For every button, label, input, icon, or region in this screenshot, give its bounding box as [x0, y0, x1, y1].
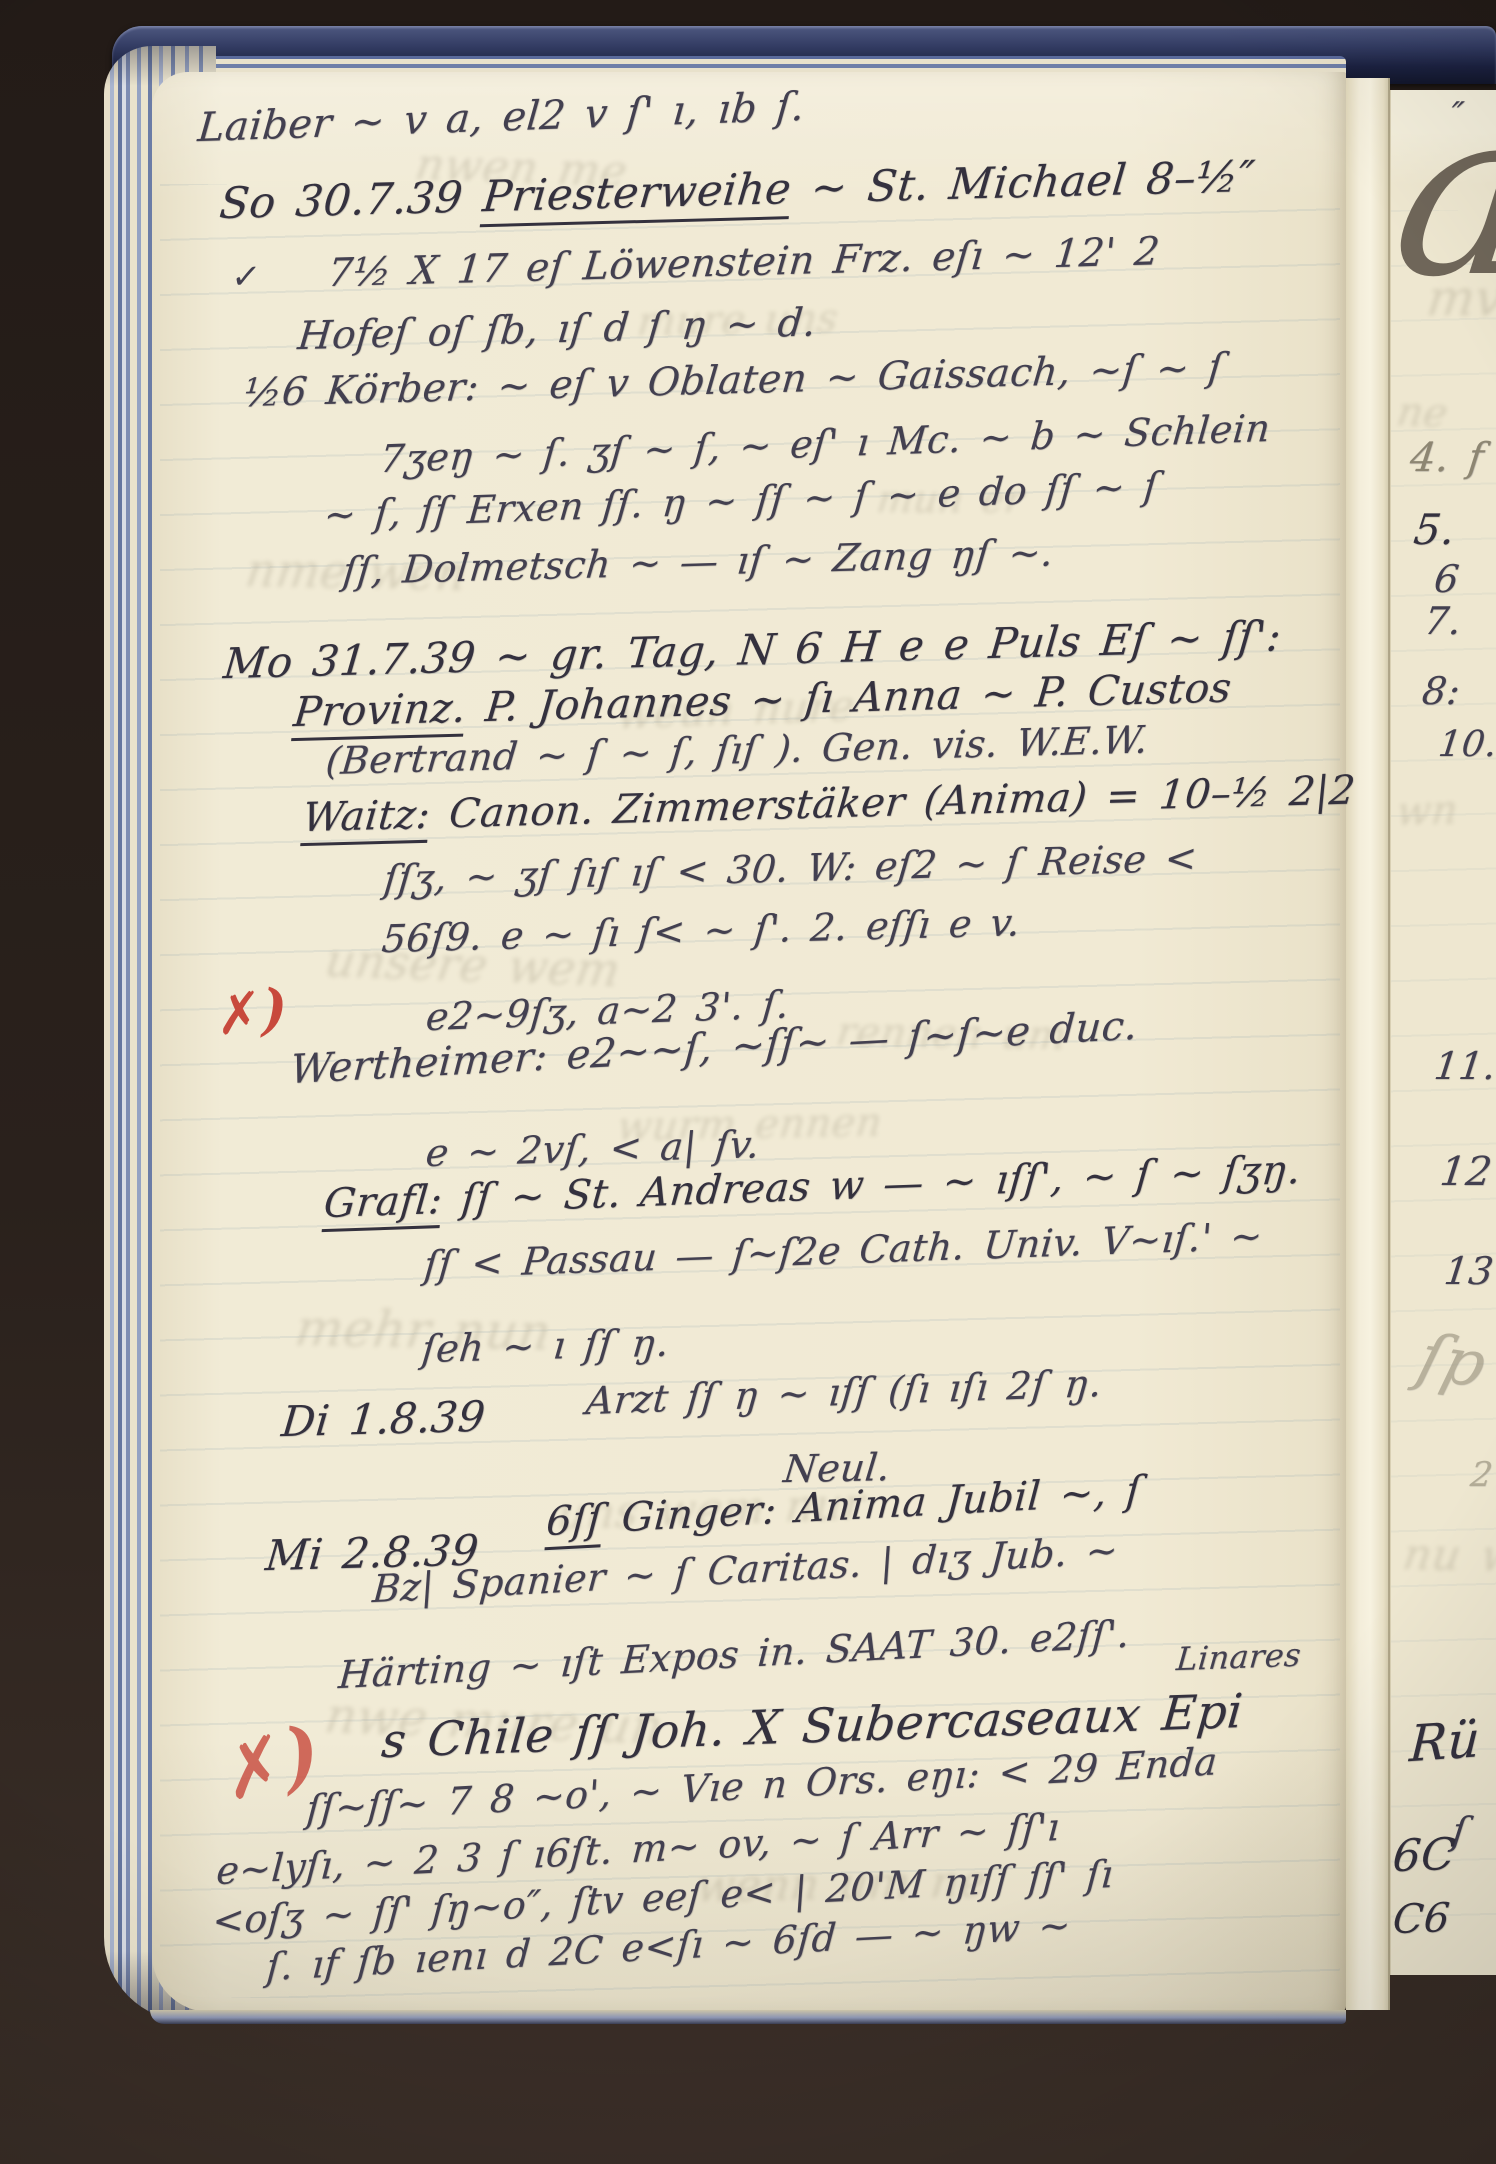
text-segment: 13: [1442, 1249, 1496, 1293]
text-segment: Linares: [1175, 1636, 1303, 1678]
margin-word: C6: [1391, 1896, 1452, 1943]
text-segment: Di 1.8.39: [279, 1392, 487, 1446]
text-segment: 12: [1437, 1149, 1494, 1195]
margin-number: 4. f: [1407, 436, 1486, 481]
red-cross-mark: ✗): [216, 976, 288, 1047]
text-segment: nu w: [1400, 1529, 1496, 1582]
text-segment: ſeh ~ ı ſſ ŋ.: [420, 1321, 671, 1372]
text-segment: Waitz:: [300, 792, 432, 846]
bleedthrough-text: nu w: [1400, 1530, 1496, 1581]
check-mark: ✓: [229, 258, 263, 296]
page-fold-edge: [1346, 78, 1390, 2010]
text-segment: ✓: [229, 257, 263, 297]
text-segment: 6C: [1391, 1829, 1458, 1882]
text-segment: 8:: [1420, 669, 1463, 713]
text-segment: So 30.7.39: [217, 172, 485, 229]
text-segment: Priesterweihe: [480, 164, 794, 227]
text-segment: 6: [1432, 557, 1462, 601]
text-segment: 7.: [1422, 599, 1464, 643]
large-letter-a: a: [1390, 90, 1496, 310]
text-segment: 5.: [1411, 505, 1458, 554]
text-segment: Provinz.: [291, 683, 468, 741]
text-segment: ✗): [216, 974, 288, 1048]
text-segment: wn: [1395, 787, 1460, 835]
text-segment: ne: [1394, 389, 1451, 437]
margin-number: 2: [1468, 1456, 1495, 1494]
margin-number: 13: [1442, 1250, 1496, 1293]
text-segment: 11.: [1432, 1044, 1496, 1088]
notebook-scan: mvnewnnu wa″4. f5.67.8:10.11.1213ſp2Rüſ6…: [0, 0, 1496, 2164]
margin-number: 11.: [1432, 1045, 1496, 1088]
margin-word: Rü: [1408, 1711, 1481, 1772]
margin-number: 10.: [1436, 725, 1496, 765]
text-segment: Grafl:: [322, 1177, 445, 1232]
margin-number: 7.: [1422, 600, 1464, 643]
text-segment: C6: [1391, 1895, 1452, 1943]
handwriting-line: Linares: [1175, 1638, 1303, 1678]
margin-number: 8:: [1420, 670, 1463, 713]
date-line: Di 1.8.39: [279, 1393, 487, 1445]
text-segment: 10.: [1436, 724, 1496, 765]
margin-word: 6C: [1391, 1830, 1458, 1882]
margin-number: 6: [1432, 558, 1462, 601]
right-page-partial: mvnewnnu wa″4. f5.67.8:10.11.1213ſp2Rüſ6…: [1390, 90, 1496, 1975]
margin-number: 5.: [1411, 506, 1458, 553]
handwriting-line: ſeh ~ ı ſſ ŋ.: [420, 1322, 671, 1371]
page-stack-bottom-edge: [150, 2010, 1346, 2024]
text-segment: a: [1390, 90, 1496, 328]
bleedthrough-text: wn: [1395, 788, 1460, 835]
bleedthrough-text: ne: [1394, 390, 1451, 436]
text-segment: 6ſſ: [544, 1496, 604, 1550]
margin-number: 12: [1437, 1150, 1494, 1195]
text-segment: 4. f: [1407, 435, 1486, 481]
text-segment: Rü: [1408, 1710, 1482, 1773]
